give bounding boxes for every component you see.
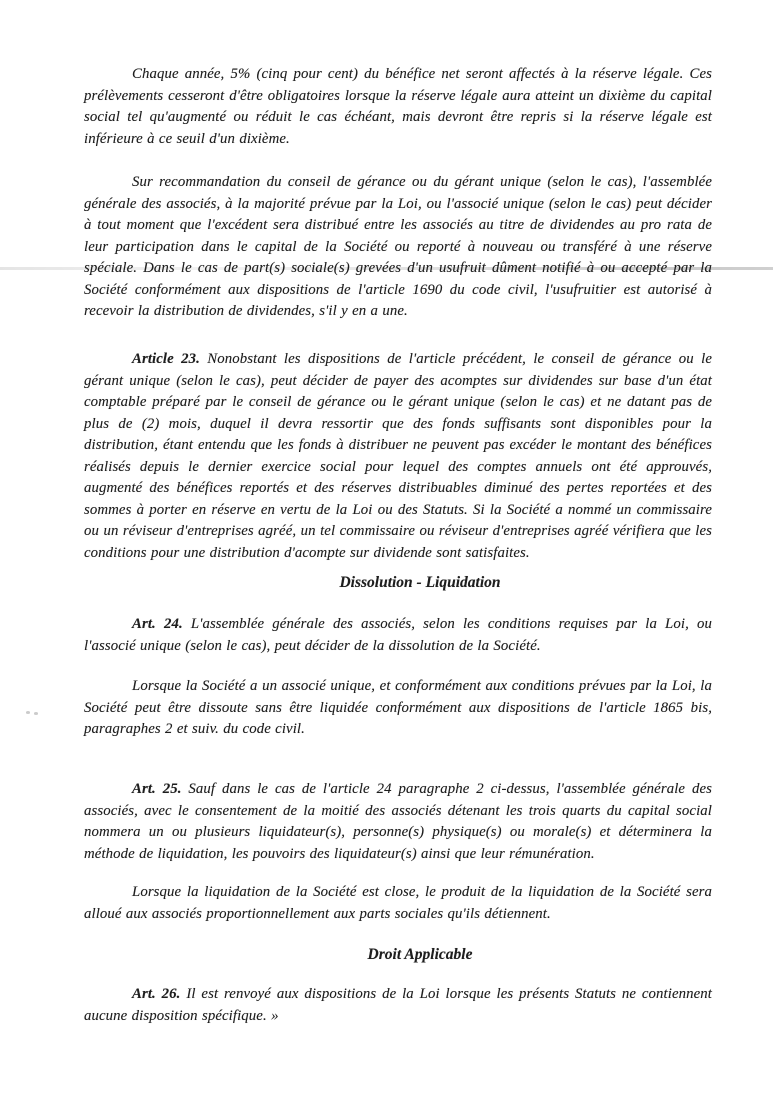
article-25-label: Art. 25. [132,781,182,797]
paragraph-text: Sur recommandation du conseil de gérance… [84,174,712,319]
paragraph-reserve-legale: Chaque année, 5% (cinq pour cent) du bén… [84,64,712,150]
paragraph-text: Nonobstant les dispositions de l'article… [84,351,712,561]
article-26-label: Art. 26. [132,986,180,1002]
heading-dissolution-liquidation: Dissolution - Liquidation [106,572,734,594]
scan-artifact-dot [26,711,30,714]
scanned-document-page: Chaque année, 5% (cinq pour cent) du bén… [0,0,773,1102]
paragraph-article-23: Article 23. Nonobstant les dispositions … [84,349,712,564]
article-24-label: Art. 24. [132,616,183,632]
paragraph-text: Lorsque la liquidation de la Société est… [84,884,712,922]
paragraph-dissolution-associe-unique: Lorsque la Société a un associé unique, … [84,676,712,741]
paragraph-distribution-dividendes: Sur recommandation du conseil de gérance… [84,172,712,323]
paragraph-text: Chaque année, 5% (cinq pour cent) du bén… [84,66,712,147]
article-23-label: Article 23. [132,351,200,367]
paragraph-text: Lorsque la Société a un associé unique, … [84,678,712,737]
paragraph-article-25: Art. 25. Sauf dans le cas de l'article 2… [84,779,712,865]
heading-droit-applicable: Droit Applicable [106,944,734,966]
heading-text: Dissolution - Liquidation [339,574,500,591]
heading-text: Droit Applicable [368,946,473,963]
paragraph-cloture-liquidation: Lorsque la liquidation de la Société est… [84,882,712,925]
scan-artifact-dot [34,712,38,715]
paragraph-article-26: Art. 26. Il est renvoyé aux dispositions… [84,984,712,1027]
paragraph-article-24: Art. 24. L'assemblée générale des associ… [84,614,712,657]
